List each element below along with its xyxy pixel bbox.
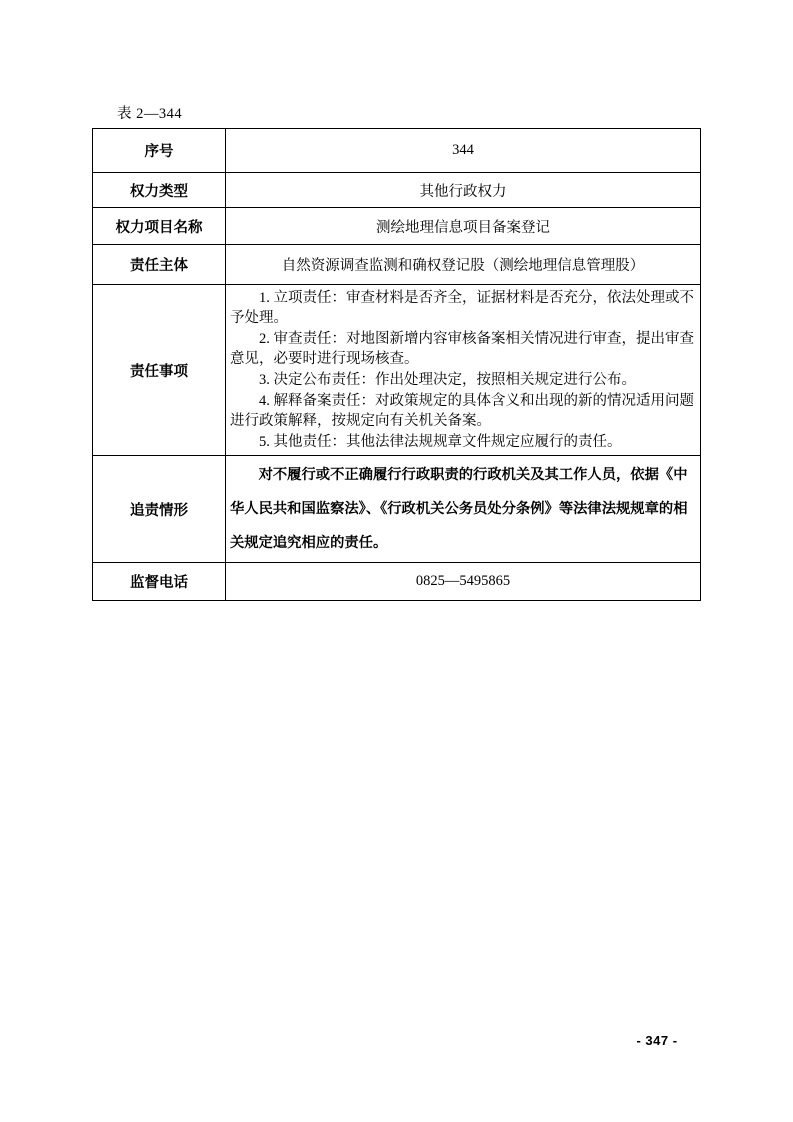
duty-paragraph-2: 2. 审查责任：对地图新增内容审核备案相关情况进行审查，提出审查意见，必要时进行… — [230, 329, 696, 370]
row-label-accountability: 追责情形 — [93, 456, 226, 563]
table-row-supervision-phone: 监督电话 0825—5495865 — [93, 563, 701, 601]
row-label-power-type: 权力类型 — [93, 173, 226, 208]
accountability-paragraph: 对不履行或不正确履行行政职责的行政机关及其工作人员，依据《中华人民共和国监察法》… — [230, 458, 696, 560]
row-value-supervision-phone: 0825—5495865 — [226, 563, 701, 601]
table-row-accountability: 追责情形 对不履行或不正确履行行政职责的行政机关及其工作人员，依据《中华人民共和… — [93, 456, 701, 563]
responsibility-table: 序号 344 权力类型 其他行政权力 权力项目名称 测绘地理信息项目备案登记 责… — [92, 128, 701, 601]
duty-paragraph-5: 5. 其他责任：其他法律法规规章文件规定应履行的责任。 — [230, 432, 696, 453]
row-label-responsibility-items: 责任事项 — [93, 285, 226, 456]
row-label-supervision-phone: 监督电话 — [93, 563, 226, 601]
row-value-responsible-body: 自然资源调查监测和确权登记股（测绘地理信息管理股） — [226, 245, 701, 285]
table-row-power-item-name: 权力项目名称 测绘地理信息项目备案登记 — [93, 208, 701, 245]
row-label-power-item-name: 权力项目名称 — [93, 208, 226, 245]
row-value-serial-number: 344 — [226, 129, 701, 173]
row-label-serial-number: 序号 — [93, 129, 226, 173]
duty-paragraph-3: 3. 决定公布责任：作出处理决定，按照相关规定进行公布。 — [230, 370, 696, 391]
row-label-responsible-body: 责任主体 — [93, 245, 226, 285]
duty-paragraph-1: 1. 立项责任：审查材料是否齐全，证据材料是否充分，依法处理或不予处理。 — [230, 288, 696, 329]
document-page: 表 2—344 序号 344 权力类型 其他行政权力 权力项目名称 测绘地理信息… — [0, 0, 793, 1122]
table-row-serial-number: 序号 344 — [93, 129, 701, 173]
page-number: - 347 - — [612, 1033, 702, 1048]
table-row-power-type: 权力类型 其他行政权力 — [93, 173, 701, 208]
table-caption: 表 2—344 — [117, 102, 182, 123]
table-row-responsible-body: 责任主体 自然资源调查监测和确权登记股（测绘地理信息管理股） — [93, 245, 701, 285]
row-value-power-item-name: 测绘地理信息项目备案登记 — [226, 208, 701, 245]
row-value-accountability: 对不履行或不正确履行行政职责的行政机关及其工作人员，依据《中华人民共和国监察法》… — [226, 456, 701, 563]
row-value-responsibility-items: 1. 立项责任：审查材料是否齐全，证据材料是否充分，依法处理或不予处理。 2. … — [226, 285, 701, 456]
row-value-power-type: 其他行政权力 — [226, 173, 701, 208]
duty-paragraph-4: 4. 解释备案责任：对政策规定的具体含义和出现的新的情况适用问题进行政策解释，按… — [230, 391, 696, 432]
table-row-responsibility-items: 责任事项 1. 立项责任：审查材料是否齐全，证据材料是否充分，依法处理或不予处理… — [93, 285, 701, 456]
